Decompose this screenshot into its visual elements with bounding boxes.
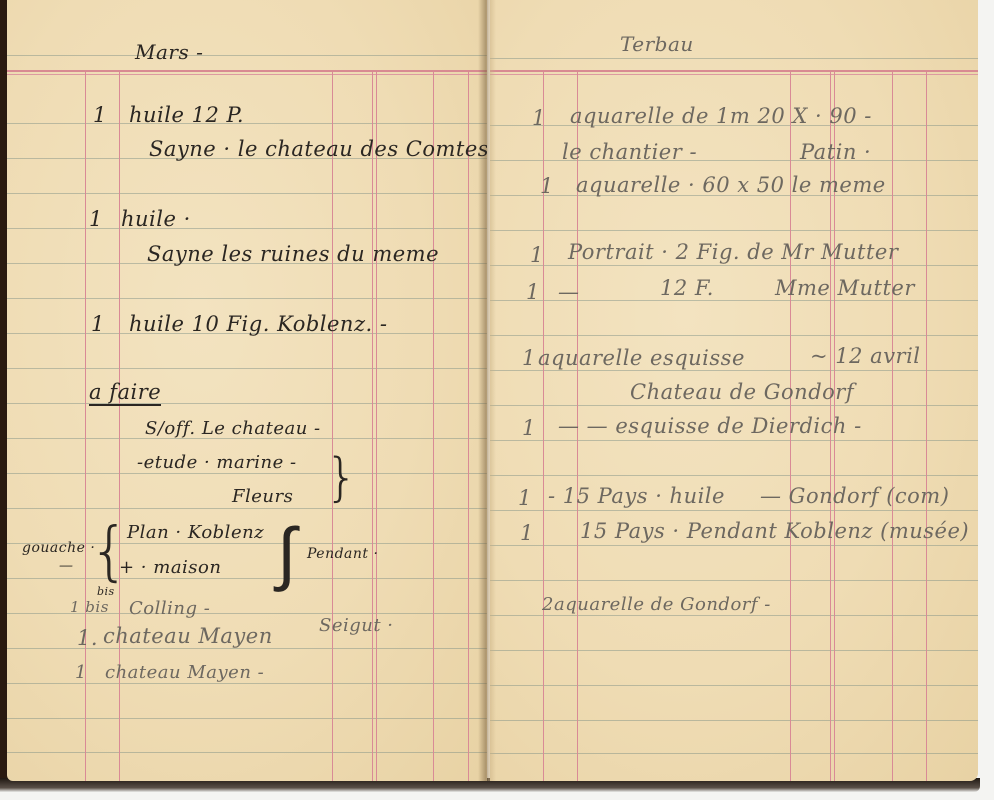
gouache-margin-label: gouache · — [22, 540, 95, 556]
horizontal-rule — [7, 578, 487, 579]
right-page-title: Terbau — [620, 32, 694, 56]
horizontal-rule — [490, 650, 978, 651]
horizontal-rule — [7, 298, 487, 299]
entry-line1: huile · — [121, 207, 191, 231]
column-rule — [892, 72, 893, 781]
entry-line1: Portrait · 2 Fig. de Mr Mutter — [568, 240, 898, 264]
open-notebook: Mars - 1 huile 12 P. Sayne · le chateau … — [0, 0, 994, 800]
entry-line2: Sayne · le chateau des Comtes · — [149, 137, 487, 161]
horizontal-rule — [490, 440, 978, 441]
entry-line1: — — [558, 280, 580, 304]
horizontal-rule — [490, 510, 978, 511]
entry-qty: 1 — [518, 486, 532, 510]
entry-qty: 1 — [540, 174, 554, 198]
horizontal-rule — [490, 545, 978, 546]
entry-line2: le chantier - — [562, 140, 697, 164]
horizontal-rule — [490, 475, 978, 476]
horizontal-rule — [7, 718, 487, 719]
entry-line1-right: Mme Mutter — [775, 276, 915, 300]
column-rule — [433, 72, 434, 781]
entry-qty: 1 — [89, 207, 103, 231]
column-rule — [926, 72, 927, 781]
horizontal-rule — [7, 508, 487, 509]
gouache-margin-dash: — — [59, 558, 74, 574]
column-rule — [376, 72, 377, 781]
entry-qty: 1 — [530, 243, 544, 267]
horizontal-rule — [490, 753, 978, 754]
horizontal-rule — [490, 230, 978, 231]
entry-line1: — — esquisse de Dierdich - — [558, 414, 862, 438]
entry-qty: 1 — [520, 521, 534, 545]
entry-line1: huile 12 P. — [129, 103, 244, 127]
closing-brace: } — [325, 448, 359, 508]
horizontal-rule — [7, 683, 487, 684]
integral-brace-icon: ∫ — [277, 512, 297, 594]
entry-line2: Sayne les ruines du meme — [147, 242, 439, 266]
horizontal-rule — [490, 720, 978, 721]
entry-line1: 15 Pays · Pendant Koblenz (musée) — [580, 519, 969, 543]
pencil-entry-qty: 1 bis — [70, 598, 109, 616]
entry-qty: 1 — [522, 416, 536, 440]
column-rule — [468, 72, 469, 781]
a-faire-line: -etude · marine - — [137, 452, 297, 473]
gouache-right-note: Pendant · — [307, 546, 378, 562]
header-double-red-rule — [7, 70, 487, 75]
right-page: Terbau 1 aquarelle de 1m 20 X · 90 - le … — [490, 0, 978, 781]
horizontal-rule — [7, 193, 487, 194]
column-rule — [372, 72, 373, 781]
horizontal-rule — [490, 370, 978, 371]
pencil-entry-text: chateau Mayen — [103, 624, 273, 648]
bis-footnote: bis — [97, 585, 115, 598]
pencil-entry-qty: 1. — [77, 626, 98, 650]
horizontal-rule — [7, 228, 487, 229]
horizontal-rule — [7, 368, 487, 369]
entry-qty: 1 — [526, 280, 540, 304]
gouache-line: Plan · Koblenz — [127, 522, 264, 543]
entry-line1-mid: 12 F. — [660, 276, 714, 300]
a-faire-heading: a faire — [89, 380, 161, 406]
entry-qty: 1 — [532, 106, 546, 130]
pencil-entry-note: Seigut · — [319, 615, 394, 636]
horizontal-rule — [490, 685, 978, 686]
header-double-red-rule — [490, 70, 978, 75]
entry-line1: - 15 Pays · huile — [548, 484, 725, 508]
horizontal-rule — [7, 473, 487, 474]
gouache-line: + · maison — [119, 557, 221, 578]
horizontal-rule — [490, 405, 978, 406]
entry-line1-right: — Gondorf (com) — [760, 484, 949, 508]
entry-qty: 1 — [522, 346, 536, 370]
entry-line1: aquarelle de Gondorf - — [554, 594, 771, 615]
a-faire-line: S/off. Le chateau - — [145, 418, 321, 439]
horizontal-rule — [7, 123, 487, 124]
pencil-entry-text: Colling - — [129, 598, 210, 619]
entry-line1: huile 10 Fig. Koblenz. - — [129, 312, 387, 336]
horizontal-rule — [490, 335, 978, 336]
horizontal-rule — [490, 580, 978, 581]
entry-line2: Chateau de Gondorf — [630, 380, 854, 404]
pencil-entry-qty: 1 — [75, 662, 87, 683]
horizontal-rule — [7, 403, 487, 404]
horizontal-rule — [7, 752, 487, 753]
a-faire-line: Fleurs — [232, 486, 293, 507]
entry-line2-right: Patin · — [800, 140, 871, 164]
pencil-entry-text: chateau Mayen - — [105, 662, 264, 683]
entry-line1: aquarelle de 1m 20 X · 90 - — [570, 104, 872, 128]
horizontal-rule — [490, 615, 978, 616]
entry-qty: 1 — [91, 312, 105, 336]
column-rule — [332, 72, 333, 781]
horizontal-rule — [7, 55, 487, 56]
entry-line1-right: ~ 12 avril — [810, 344, 921, 368]
entry-line1: aquarelle · 60 x 50 le meme — [576, 173, 886, 197]
left-page-title: Mars - — [135, 40, 203, 64]
left-page: Mars - 1 huile 12 P. Sayne · le chateau … — [7, 0, 487, 781]
horizontal-rule — [490, 58, 978, 59]
horizontal-rule — [490, 265, 978, 266]
entry-line1: aquarelle esquisse — [538, 346, 745, 370]
book-gutter — [478, 0, 496, 781]
entry-qty: 1 — [93, 103, 107, 127]
entry-qty: 2 — [542, 594, 554, 615]
